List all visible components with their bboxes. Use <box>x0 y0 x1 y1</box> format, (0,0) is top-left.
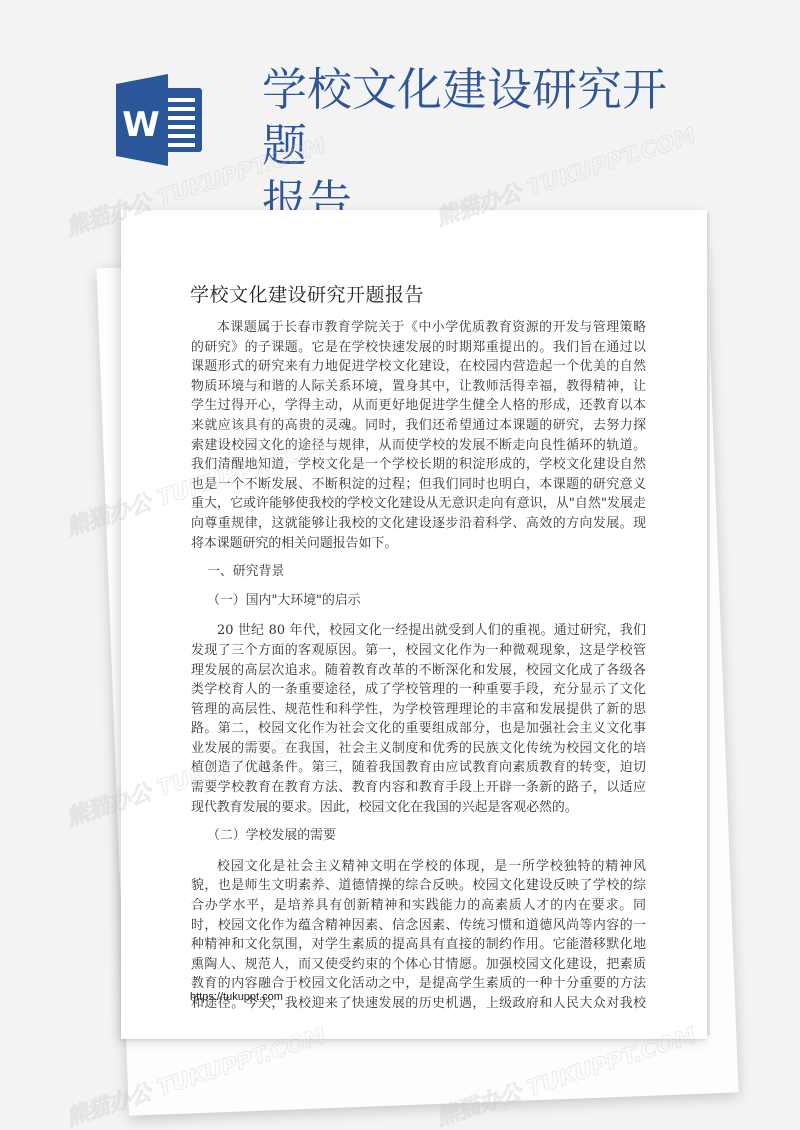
banner-title: 学校文化建设研究开题 报告 <box>262 62 702 230</box>
text-line: 种精神和文化氛围，对学生素质的提高具有直接的制约作用。它能潜移默化地 <box>191 935 646 955</box>
document-page: 学校文化建设研究开题报告 本课题属于长春市教育学院关于《中小学优质教育资源的开发… <box>121 210 707 1039</box>
text-line: 业发展的需要。在我国，社会主义制度和优秀的民族文化传统为校园文化的培 <box>191 739 646 759</box>
text-line: 现代教育发展的要求。因此，校园文化在我国的兴起是客观必然的。 <box>191 798 646 818</box>
paragraph-intro: 本课题属于长春市教育学院关于《中小学优质教育资源的开发与管理策略 的研究》的子课… <box>191 318 646 553</box>
text-line: 索建设校园文化的途径与规律，从而使学校的发展不断走向良性循环的轨道。 <box>191 436 646 456</box>
text-line: 类学校育人的一条重要途径，成了学校管理的一种重要手段，充分显示了文化 <box>191 680 646 700</box>
text-line: 课题形式的研究来有力地促进学校文化建设，在校园内营造起一个优美的自然 <box>191 357 646 377</box>
banner-title-line-1: 学校文化建设研究开题 <box>262 62 702 174</box>
text-line: 我们清醒地知道，学校文化是一个学校长期的积淀形成的，学校文化建设自然 <box>191 455 646 475</box>
text-line: 的研究》的子课题。它是在学校快速发展的时期郑重提出的。我们旨在通过以 <box>191 338 646 358</box>
text-line: 合办学水平，是培养具有创新精神和实践能力的高素质人才的内在要求。同 <box>191 896 646 916</box>
word-document-icon: W <box>110 70 210 170</box>
text-line: 路。第二，校园文化作为社会文化的重要组成部分，也是加强社会主义文化事 <box>191 719 646 739</box>
footer-url: https://tukuppt.com <box>190 991 283 1003</box>
document-body: 本课题属于长春市教育学院关于《中小学优质教育资源的开发与管理策略 的研究》的子课… <box>191 318 646 1014</box>
text-line: 时，校园文化作为蕴含精神因素、信念因素、传统习惯和道德风尚等内容的一 <box>191 916 646 936</box>
text-line: 管理的高层性、规范性和科学性，为学校管理理论的丰富和发展提供了新的思 <box>191 700 646 720</box>
document-title: 学校文化建设研究开题报告 <box>190 280 424 307</box>
text-line: 需要学校教育在教育方法、教育内容和教育手段上开辟一条新的路子，以适应 <box>191 778 646 798</box>
text-line: 也是一个不断发展、不断积淀的过程；但我们同时也明白，本课题的研究意义 <box>191 475 646 495</box>
text-line: 植创造了优越条件。第三，随着我国教育由应试教育向素质教育的转变，迫切 <box>191 758 646 778</box>
subsection-heading-domestic-environment: （一）国内"大环境"的启示 <box>191 591 646 611</box>
paragraph-domestic-environment: 20 世纪 80 年代，校园文化一经提出就受到人们的重视。通过研究，我们 发现了… <box>191 621 646 817</box>
text-line: 理发展的高层次追求。随着教育改革的不断深化和发展，校园文化成了各级各 <box>191 661 646 681</box>
svg-text:W: W <box>122 105 160 145</box>
section-heading-research-background: 一、研究背景 <box>191 562 646 582</box>
text-line: 向尊重规律，这就能够让我校的文化建设逐步沿着科学、高效的方向发展。现 <box>191 514 646 534</box>
text-line: 物质环境与和谐的人际关系环境，置身其中，让教师活得幸福，教得精神，让 <box>191 377 646 397</box>
text-line: 20 世纪 80 年代，校园文化一经提出就受到人们的重视。通过研究，我们 <box>191 621 646 641</box>
text-line: 重大，它或许能够使我校的学校文化建设从无意识走向有意识，从"自然"发展走 <box>191 494 646 514</box>
text-line: 来就应该具有的高贵的灵魂。同时，我们还希望通过本课题的研究，去努力探 <box>191 416 646 436</box>
text-line: 将本课题研究的相关问题报告如下。 <box>191 534 646 554</box>
text-line: 发现了三个方面的客观原因。第一，校园文化作为一种微观现象，这是学校管 <box>191 641 646 661</box>
text-line: 校园文化是社会主义精神文明在学校的体现，是一所学校独特的精神风 <box>191 857 646 877</box>
header-banner: W 学校文化建设研究开题 报告 <box>0 0 800 200</box>
page-edge <box>707 213 710 1035</box>
text-line: 貌，也是师生文明素养、道德情操的综合反映。校园文化建设反映了学校的综 <box>191 876 646 896</box>
text-line: 本课题属于长春市教育学院关于《中小学优质教育资源的开发与管理策略 <box>191 318 646 338</box>
text-line: 熏陶人、规范人，而又使受约束的个体心甘情愿。加强校园文化建设，把素质 <box>191 955 646 975</box>
subsection-heading-school-development: （二）学校发展的需要 <box>191 826 646 846</box>
text-line: 学生过得开心，学得主动，从而更好地促进学生健全人格的形成，还教育以本 <box>191 396 646 416</box>
